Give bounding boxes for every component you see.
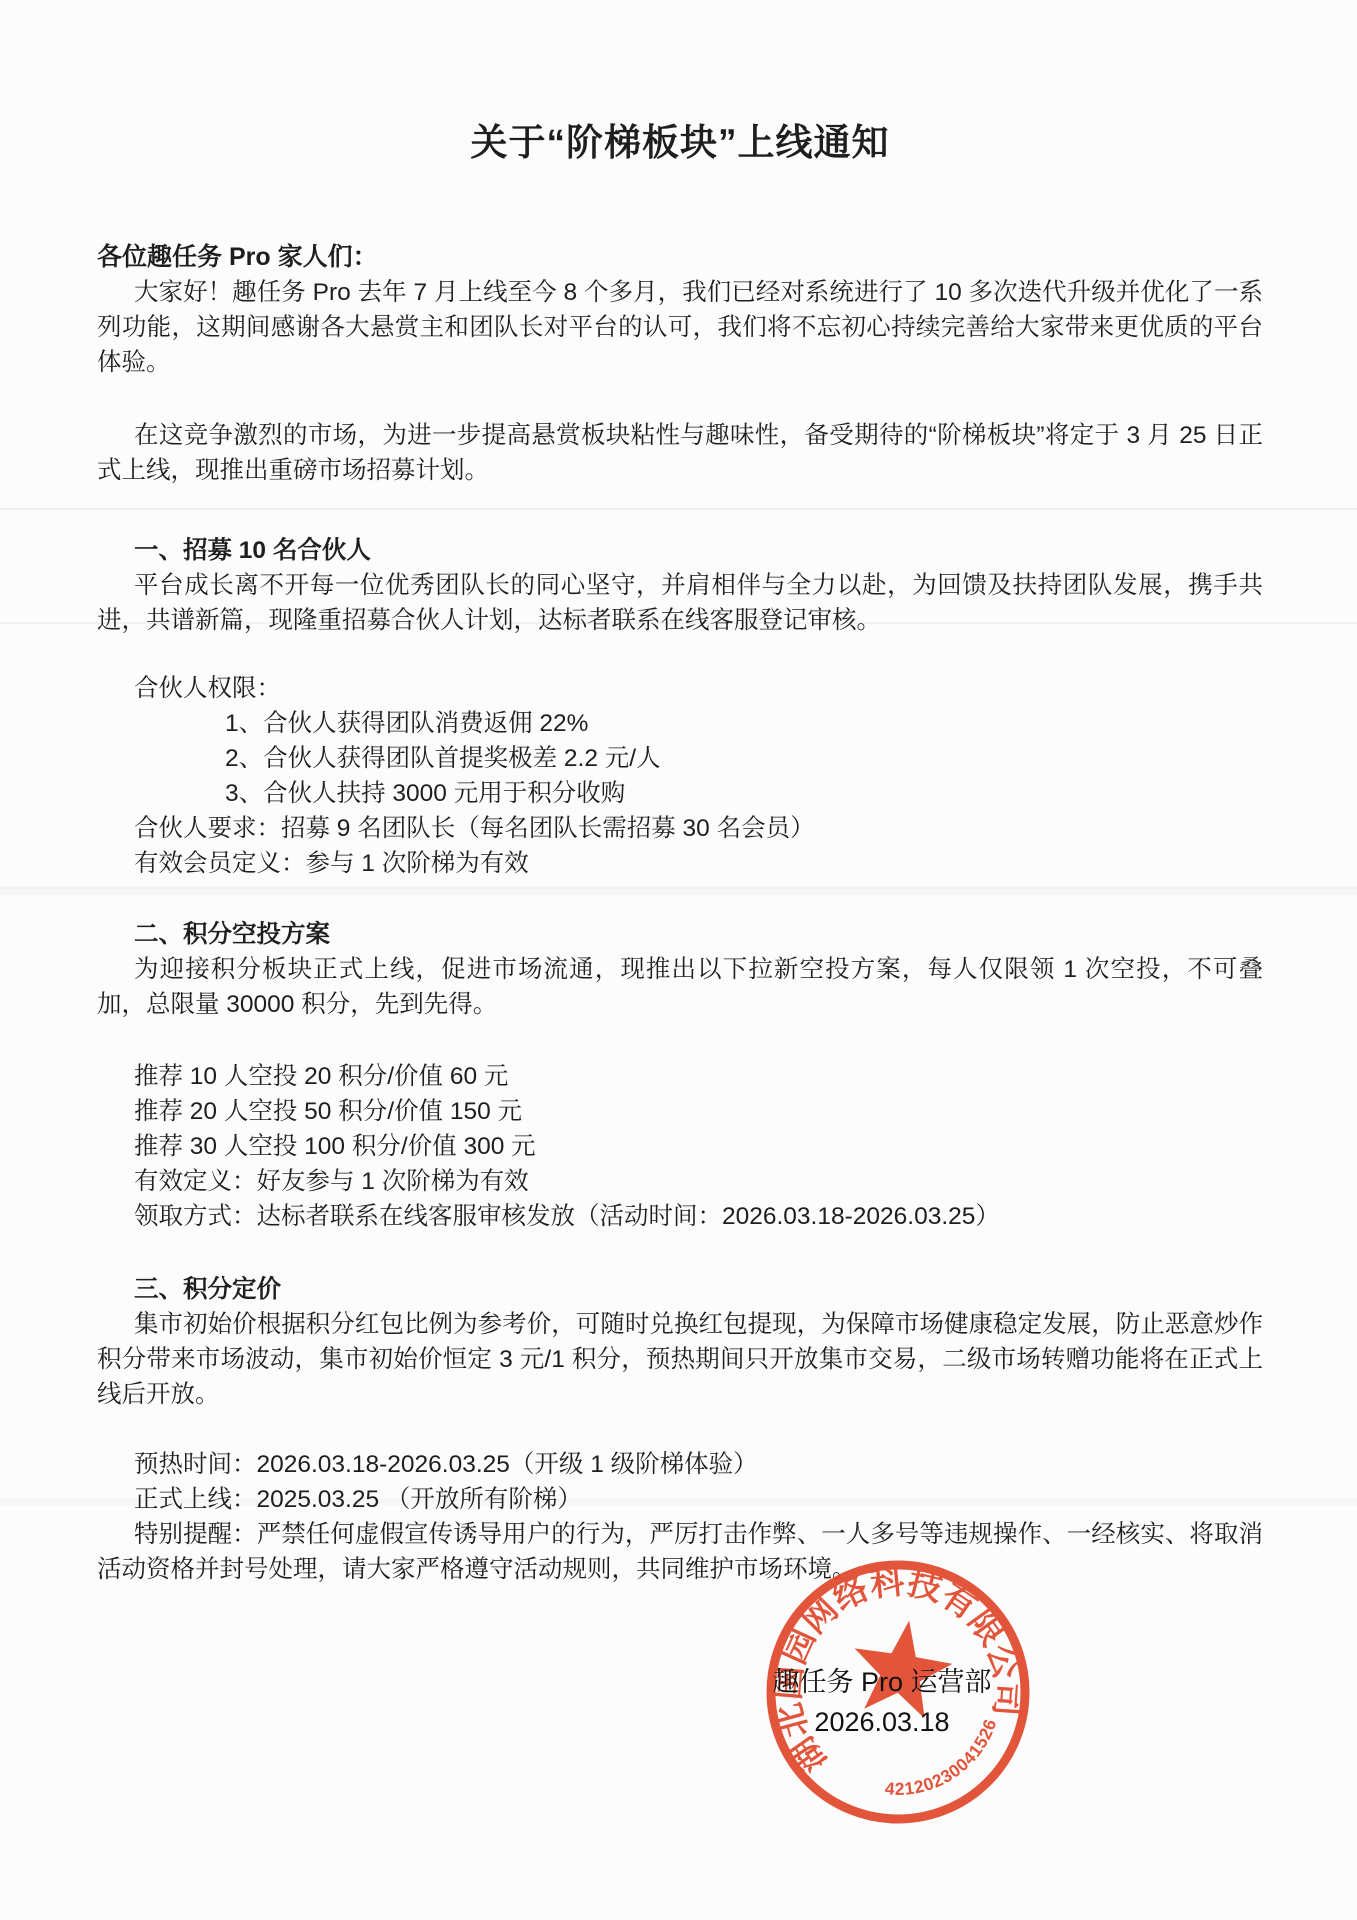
intro-paragraph-1: 大家好！趣任务 Pro 去年 7 月上线至今 8 个多月，我们已经对系统进行了 … [97, 275, 1263, 380]
valid-definition-line: 有效定义：好友参与 1 次阶梯为有效 [134, 1164, 1263, 1199]
partner-permission-item: 3、合伙人扶持 3000 元用于积分收购 [225, 776, 1263, 811]
signature-date: 2026.03.18 [758, 1702, 1006, 1742]
special-reminder-paragraph: 特别提醒：严禁任何虚假宣传诱导用户的行为，严厉打击作弊、一人多号等违规操作、一经… [97, 1517, 1263, 1587]
airdrop-tier-line: 推荐 10 人空投 20 积分/价值 60 元 [134, 1059, 1263, 1094]
intro-paragraph-2: 在这竞争激烈的市场，为进一步提高悬赏板块粘性与趣味性，备受期待的“阶梯板块”将定… [97, 418, 1263, 488]
section3-body: 集市初始价根据积分红包比例为参考价，可随时兑换红包提现，为保障市场健康稳定发展，… [97, 1307, 1263, 1412]
section1-body: 平台成长离不开每一位优秀团队长的同心坚守，并肩相伴与全力以赴，为回馈及扶持团队发… [97, 568, 1263, 638]
scanned-notice-document: 关于“阶梯板块”上线通知 各位趣任务 Pro 家人们： 大家好！趣任务 Pro … [0, 0, 1357, 1920]
airdrop-tier-line: 推荐 30 人空投 100 积分/价值 300 元 [134, 1129, 1263, 1164]
signature-org: 趣任务 Pro 运营部 [758, 1662, 1006, 1702]
partner-permission-item: 2、合伙人获得团队首提奖极差 2.2 元/人 [225, 741, 1263, 776]
claim-method-line: 领取方式：达标者联系在线客服审核发放（活动时间：2026.03.18-2026.… [134, 1199, 1263, 1234]
preheat-time-line: 预热时间：2026.03.18-2026.03.25（开级 1 级阶梯体验） [134, 1447, 1263, 1482]
partner-permission-item: 1、合伙人获得团队消费返佣 22% [225, 706, 1263, 741]
partner-requirement-line: 合伙人要求：招募 9 名团队长（每名团队长需招募 30 名会员） [134, 811, 1263, 846]
valid-member-definition-line: 有效会员定义：参与 1 次阶梯为有效 [134, 846, 1263, 881]
partner-permissions-label: 合伙人权限： [134, 671, 1263, 706]
document-body: 关于“阶梯板块”上线通知 各位趣任务 Pro 家人们： 大家好！趣任务 Pro … [0, 120, 1357, 1587]
section2-heading: 二、积分空投方案 [134, 917, 1263, 952]
section1-heading: 一、招募 10 名合伙人 [134, 533, 1263, 568]
document-title: 关于“阶梯板块”上线通知 [97, 120, 1263, 166]
airdrop-tier-line: 推荐 20 人空投 50 积分/价值 150 元 [134, 1094, 1263, 1129]
section2-body: 为迎接积分板块正式上线，促进市场流通，现推出以下拉新空投方案，每人仅限领 1 次… [97, 952, 1263, 1022]
greeting-line: 各位趣任务 Pro 家人们： [97, 240, 1263, 275]
official-launch-line: 正式上线：2025.03.25 （开放所有阶梯） [134, 1482, 1263, 1517]
signature-block: 趣任务 Pro 运营部 2026.03.18 [758, 1662, 1006, 1742]
section3-heading: 三、积分定价 [134, 1272, 1263, 1307]
